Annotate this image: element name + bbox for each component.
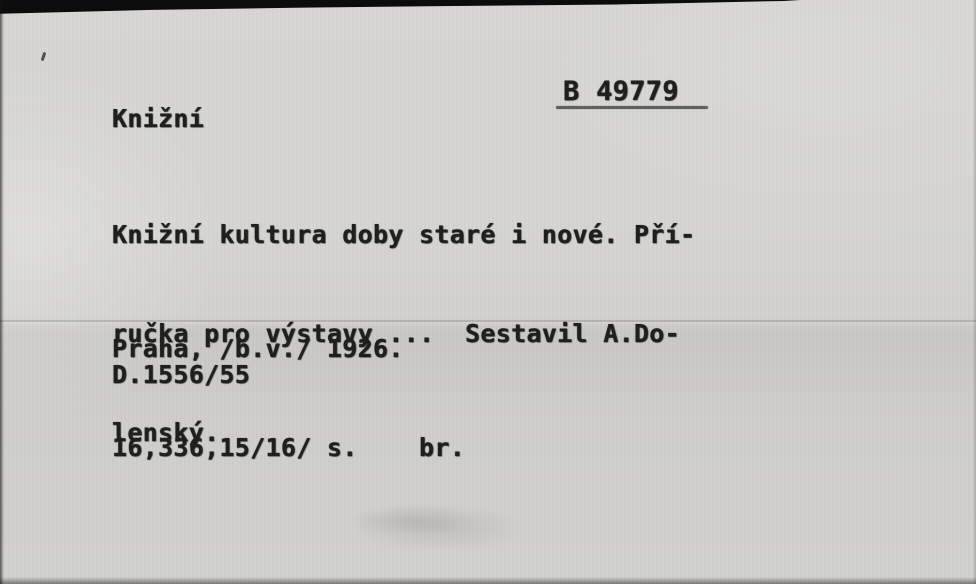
imprint-line: 16,336,15/16/ s. br. <box>112 431 465 464</box>
scan-left-edge-shadow <box>0 0 4 584</box>
ink-fleck <box>41 52 47 61</box>
call-number-underline <box>556 106 708 109</box>
title-line: Knižní kultura doby staré i nové. Pří- <box>112 218 695 251</box>
scan-bottom-edge-shadow <box>0 577 976 584</box>
subject-heading: Knižní <box>112 104 204 133</box>
scan-top-edge-shadow <box>0 0 800 16</box>
call-number: B 49779 <box>563 76 679 107</box>
accession-number: D.1556/55 <box>112 360 250 389</box>
catalog-card-scan: B 49779 Knižní Knižní kultura doby staré… <box>0 0 976 584</box>
imprint-block: Praha, /b.v./ 1926. 16,336,15/16/ s. br. <box>112 266 465 530</box>
